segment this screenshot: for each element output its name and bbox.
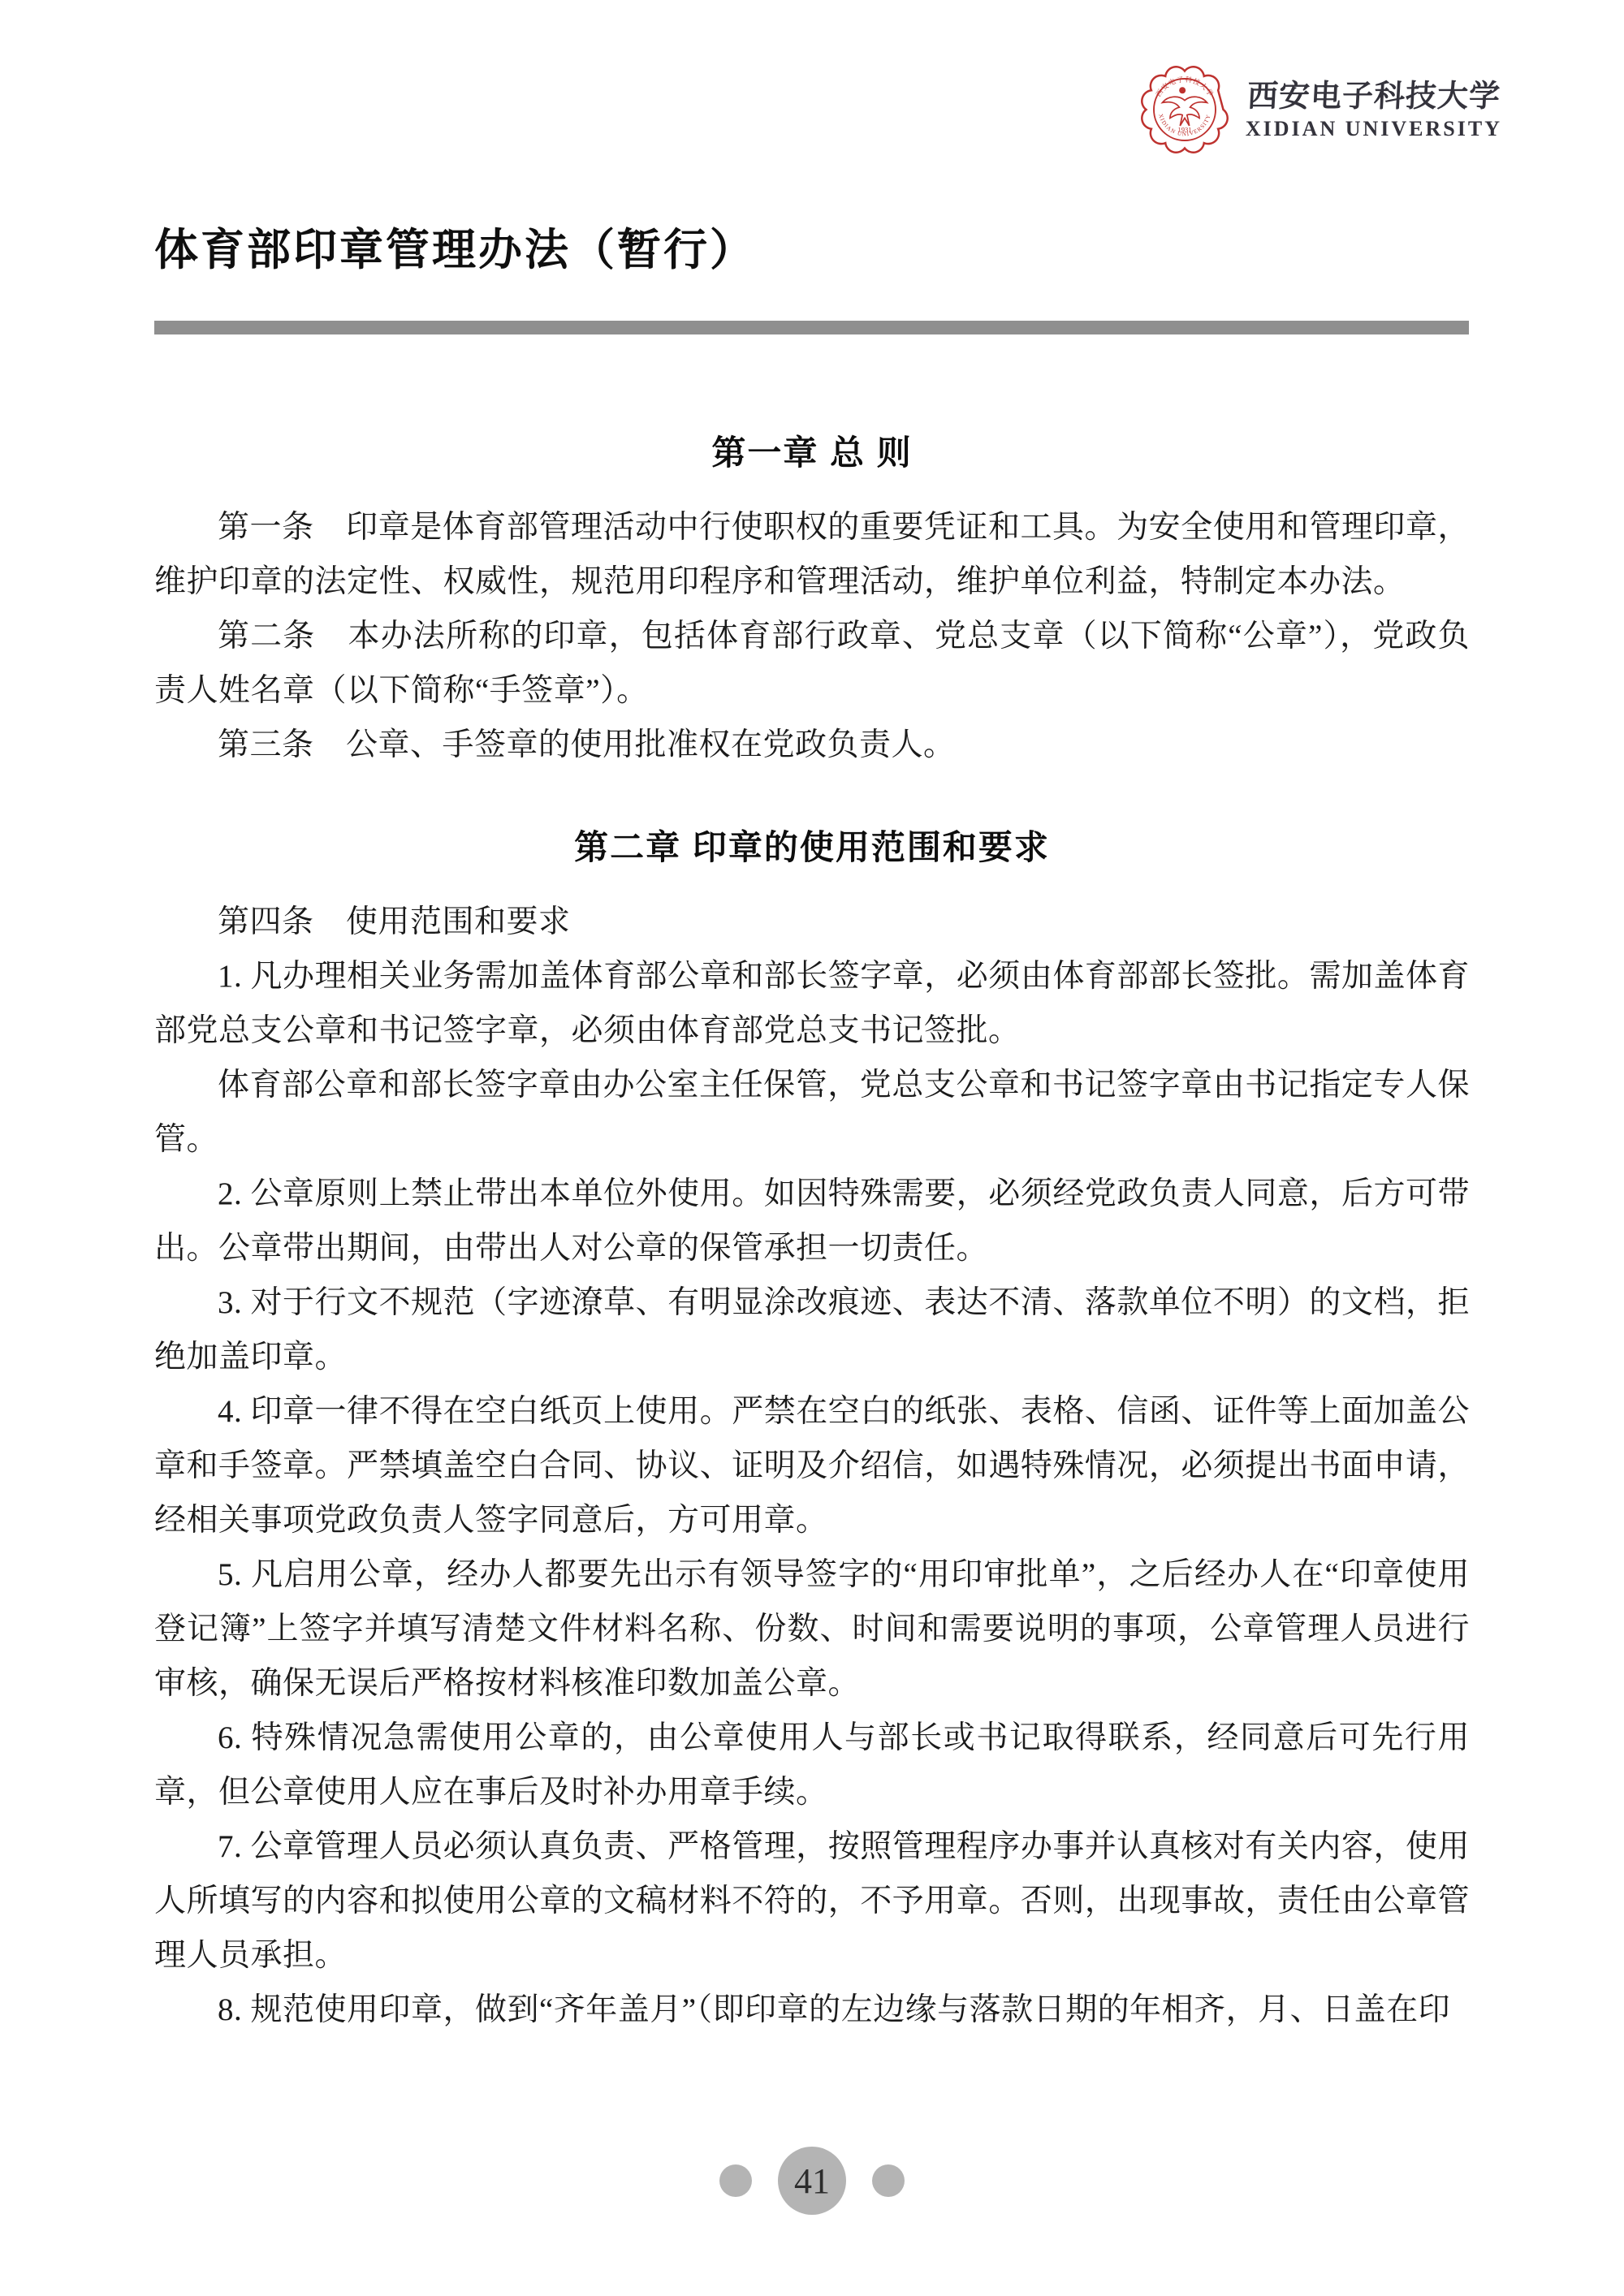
body-paragraph: 4. 印章一律不得在空白纸页上使用。严禁在空白的纸张、表格、信函、证件等上面加盖…: [154, 1384, 1470, 1547]
document-section: 第二章 印章的使用范围和要求第四条 使用范围和要求1. 凡办理相关业务需加盖体育…: [154, 823, 1470, 2037]
body-paragraph: 8. 规范使用印章，做到“齐年盖月”（即印章的左边缘与落款日期的年相齐，月、日盖…: [154, 1983, 1470, 2037]
university-wordmark: 西安电子科技大学 XIDIAN UNIVERSITY: [1246, 79, 1502, 140]
body-paragraph: 第四条 使用范围和要求: [154, 895, 1470, 949]
document-section: 第一章 总 则第一条 印章是体育部管理活动中行使职权的重要凭证和工具。为安全使用…: [154, 429, 1470, 772]
footer-dot-right: [872, 2164, 905, 2197]
body-paragraph: 6. 特殊情况急需使用公章的，由公章使用人与部长或书记取得联系，经同意后可先行用…: [154, 1711, 1470, 1819]
university-name-calligraphy: 西安电子科技大学: [1246, 79, 1501, 113]
footer-dot-left: [719, 2164, 752, 2197]
seal-dot: [1179, 87, 1186, 93]
seal-bird-icon: [1162, 97, 1207, 126]
section-heading: 第一章 总 则: [154, 429, 1470, 477]
title-divider: [154, 321, 1469, 334]
page-number: 41: [794, 2160, 830, 2202]
body-paragraph: 体育部公章和部长签字章由办公室主任保管，党总支公章和书记签字章由书记指定专人保管…: [154, 1058, 1470, 1167]
body-paragraph: 第二条 本办法所称的印章，包括体育部行政章、党总支章（以下简称“公章”），党政负…: [154, 609, 1470, 718]
document-page: 1931 西安电子科技大学 XIDIAN UNIVERSITY 西安电子科技大学…: [0, 0, 1624, 2296]
body-paragraph: 7. 公章管理人员必须认真负责、严格管理，按照管理程序办事并认真核对有关内容，使…: [154, 1819, 1470, 1983]
document-body: 第一章 总 则第一条 印章是体育部管理活动中行使职权的重要凭证和工具。为安全使用…: [154, 429, 1470, 2037]
body-paragraph: 2. 公章原则上禁止带出本单位外使用。如因特殊需要，必须经党政负责人同意，后方可…: [154, 1167, 1470, 1275]
page-number-badge: 41: [778, 2147, 846, 2215]
university-logo: 1931 西安电子科技大学 XIDIAN UNIVERSITY 西安电子科技大学…: [1138, 63, 1502, 156]
document-title: 体育部印章管理办法（暂行）: [154, 221, 756, 279]
seal-top-arc-text: 西安电子科技大学: [1154, 75, 1216, 99]
svg-text:西安电子科技大学: 西安电子科技大学: [1154, 75, 1216, 99]
body-paragraph: 1. 凡办理相关业务需加盖体育部公章和部长签字章，必须由体育部部长签批。需加盖体…: [154, 949, 1470, 1058]
body-paragraph: 第一条 印章是体育部管理活动中行使职权的重要凭证和工具。为安全使用和管理印章，维…: [154, 500, 1470, 609]
body-paragraph: 3. 对于行文不规范（字迹潦草、有明显涂改痕迹、表达不清、落款单位不明）的文档，…: [154, 1275, 1470, 1384]
university-seal-icon: 1931 西安电子科技大学 XIDIAN UNIVERSITY: [1138, 63, 1231, 156]
body-paragraph: 第三条 公章、手签章的使用批准权在党政负责人。: [154, 718, 1470, 772]
section-heading: 第二章 印章的使用范围和要求: [154, 823, 1470, 872]
page-footer: 41: [0, 2147, 1624, 2215]
university-name-latin: XIDIAN UNIVERSITY: [1246, 118, 1502, 140]
body-paragraph: 5. 凡启用公章，经办人都要先出示有领导签字的“用印审批单”，之后经办人在“印章…: [154, 1547, 1470, 1711]
